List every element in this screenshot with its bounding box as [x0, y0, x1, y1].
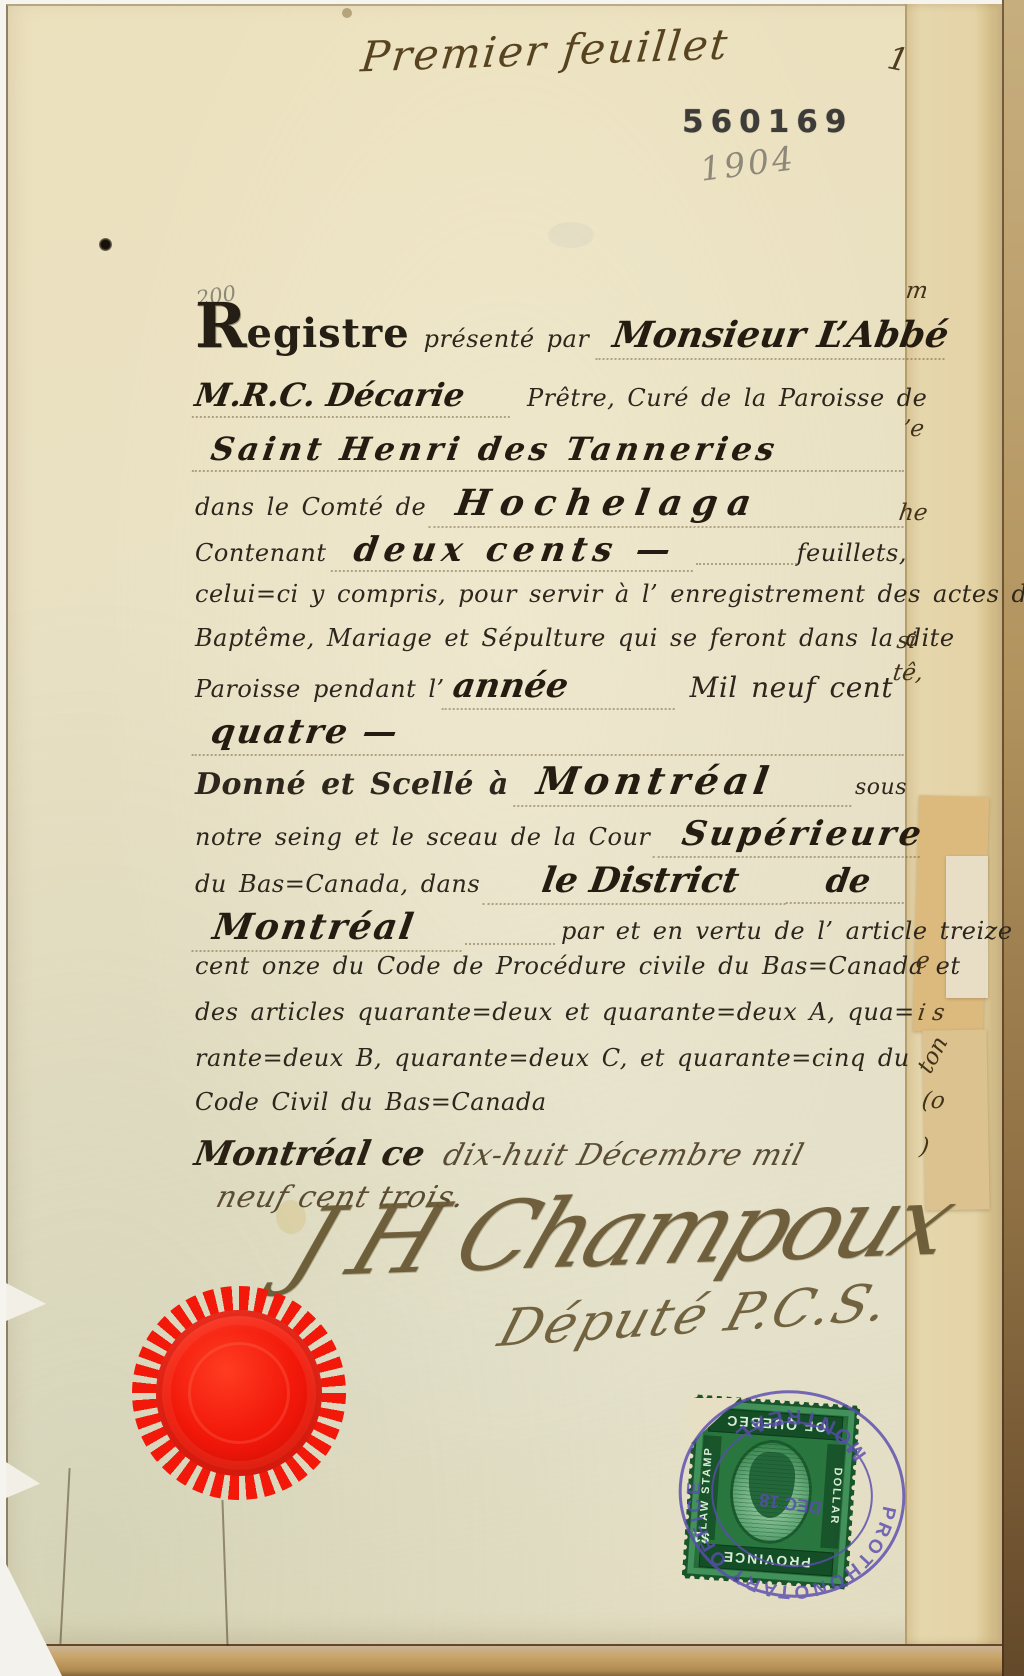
entry-comte: Hochelaga	[429, 482, 911, 528]
form-line-compris: celui=ci y compris, pour servir à l’ enr…	[195, 580, 907, 608]
red-wax-seal	[132, 1286, 346, 1500]
label-vertu: par et en vertu de l’ article treize	[561, 917, 1013, 945]
entry-de: de	[786, 861, 911, 904]
entry-annee-fin: quatre —	[192, 712, 911, 756]
form-line-code1: cent onze du Code de Procédure civile du…	[195, 952, 907, 980]
closing-date-handwritten: dix-huit Décembre mil	[440, 1138, 809, 1173]
law-stamp-province-band: PROVINCE	[699, 1543, 834, 1576]
printed-text: des articles quarante=deux et quarante=d…	[195, 998, 915, 1026]
form-line-annee-fin: quatre —	[195, 712, 907, 756]
form-line-district-lieu: Montréal par et en vertu de l’ article t…	[195, 906, 907, 952]
law-stamp-portrait	[726, 1437, 815, 1546]
book-edge	[1002, 0, 1024, 1676]
document-photo: Premier feuillet 1 560169 1904 200 Regis…	[0, 0, 1024, 1676]
printed-text: rante=deux B, quarante=deux C, et quaran…	[195, 1044, 910, 1072]
form-line-paroisse: Saint Henri des Tanneries	[195, 430, 907, 472]
stain	[548, 222, 594, 248]
law-stamp-value: $1	[692, 1528, 710, 1546]
book-bottom-edge	[0, 1644, 1002, 1676]
entry-district: le District	[483, 860, 793, 905]
ink-blot	[99, 238, 112, 251]
form-line-annee: Paroisse pendant l’ année Mil neuf cent	[195, 666, 907, 710]
margin-fragment: (o	[920, 1088, 946, 1114]
law-stamp-quebec-band: OF QUEBEC	[708, 1408, 843, 1441]
label-sous: sous	[855, 775, 907, 800]
entry-lieu-scelle: Montréal	[513, 758, 859, 807]
form-line-scelle: Donné et Scellé à Montréal sous	[195, 758, 907, 807]
registre-wordmark: Registre	[195, 314, 410, 354]
form-line-seing: notre seing et le sceau de la Cour Supér…	[195, 814, 907, 858]
printed-text: cent onze du Code de Procédure civile du…	[195, 952, 961, 980]
label-donne-scelle: Donné et Scellé à	[195, 767, 509, 802]
label-pretre-cure: Prêtre, Curé de la Paroisse de	[527, 384, 927, 412]
label-comte: dans le Comté de	[195, 493, 426, 521]
entry-annee: année	[441, 666, 681, 710]
law-stamp-law-label: LAW STAMP	[697, 1435, 722, 1540]
label-bas-canada: du Bas=Canada, dans	[195, 870, 480, 898]
margin-fragment: i s	[916, 1000, 946, 1026]
printed-text: Code Civil du Bas=Canada	[195, 1088, 547, 1116]
form-line-bas-canada: du Bas=Canada, dans le District de	[195, 860, 907, 905]
label-seing: notre seing et le sceau de la Cour	[195, 823, 650, 851]
entry-cure-name: M.R.C. Décarie	[192, 376, 517, 418]
form-line-registre: Registre présenté par Monsieur L’Abbé	[195, 314, 907, 360]
form-line-code2: des articles quarante=deux et quarante=d…	[195, 998, 907, 1026]
printed-text: Baptême, Mariage et Sépulture qui se fer…	[195, 624, 955, 652]
entry-district-lieu: Montréal	[191, 906, 468, 952]
registre-rest: egistre	[247, 310, 410, 357]
entry-paroisse: Saint Henri des Tanneries	[192, 430, 911, 472]
serial-number-stamp: 560169	[682, 104, 853, 140]
form-line-code4: Code Civil du Bas=Canada	[195, 1088, 907, 1116]
dotted-line	[465, 941, 555, 945]
margin-fragment: m	[904, 278, 929, 304]
entry-presenter: Monsieur L’Abbé	[596, 314, 952, 360]
label-mil-neuf-cent: Mil neuf cent	[690, 671, 893, 704]
label-presente-par: présenté par	[424, 325, 590, 353]
entry-nombre-feuillets: deux cents —	[331, 530, 700, 572]
form-line-code3: rante=deux B, quarante=deux C, et quaran…	[195, 1044, 907, 1072]
printed-text: celui=ci y compris, pour servir à l’ enr…	[195, 580, 1024, 608]
form-line-bapteme: Baptême, Mariage et Sépulture qui se fer…	[195, 624, 907, 652]
engraving-lines	[726, 1437, 815, 1546]
registre-ornate-initial: R	[195, 289, 247, 362]
closing-lieu: Montréal ce	[191, 1134, 427, 1174]
label-feuillets: feuillets,	[797, 539, 907, 567]
stain	[342, 8, 352, 18]
dotted-line	[696, 561, 796, 565]
law-stamp-dollar-label: DOLLAR	[820, 1444, 845, 1549]
label-contenant: Contenant	[195, 539, 326, 567]
margin-fragment: he	[897, 500, 929, 526]
margin-fragment: si	[895, 628, 918, 654]
margin-fragment: ’e	[901, 416, 926, 442]
closing-date-line1: Montréal ce dix-huit Décembre mil	[195, 1134, 907, 1174]
form-line-cure: M.R.C. Décarie Prêtre, Curé de la Parois…	[195, 376, 907, 418]
form-line-contenant: Contenant deux cents — feuillets,	[195, 530, 907, 572]
label-paroisse-pendant: Paroisse pendant l’	[195, 675, 445, 703]
form-line-comte: dans le Comté de Hochelaga	[195, 482, 907, 528]
entry-cour: Supérieure	[653, 814, 927, 858]
margin-fragment: tê,	[891, 660, 925, 686]
seal-embossed-ring	[188, 1342, 291, 1445]
